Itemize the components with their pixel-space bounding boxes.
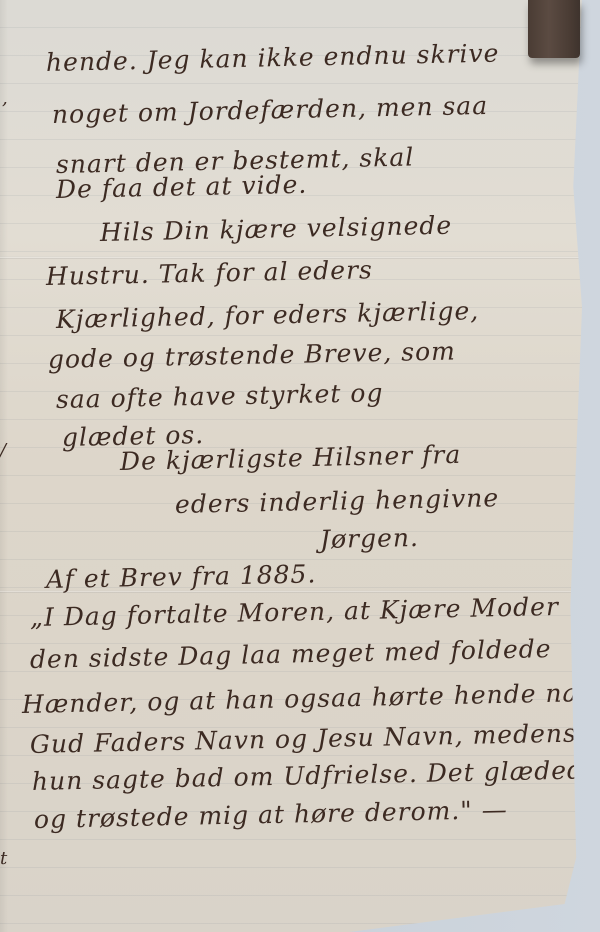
margin-ink-mark: / xyxy=(0,440,6,461)
signature: Jørgen. xyxy=(320,523,419,554)
letter-page: hende. Jeg kan ikke endnu skrive noget o… xyxy=(0,0,582,932)
letter-line: eders inderlig hengivne xyxy=(175,483,500,519)
letter-line: noget om Jordefærden, men saa xyxy=(52,91,489,129)
margin-ink-mark: , xyxy=(2,88,8,109)
letter-line: saa ofte have styrket og xyxy=(56,378,384,414)
letter-line: den sidste Dag laa meget med foldede xyxy=(30,634,552,674)
letter-line: Kjærlighed, for eders kjærlige, xyxy=(56,296,480,334)
letter-line: Gud Faders Navn og Jesu Navn, medens xyxy=(30,719,577,759)
letter-line: „I Dag fortalte Moren, at Kjære Moder xyxy=(30,592,559,632)
margin-ink-mark: t xyxy=(0,848,7,869)
letter-line: Hils Din kjære velsignede xyxy=(100,211,453,247)
letter-line: og trøstede mig at høre derom." — xyxy=(34,795,508,834)
wooden-clip xyxy=(528,0,580,58)
letter-line: hun sagte bad om Udfrielse. Det glædede xyxy=(32,755,600,796)
letter-line: Hænder, og at han ogsaa hørte hende nævn… xyxy=(22,677,600,719)
letter-line: De kjærligste Hilsner fra xyxy=(120,440,462,476)
page-edge xyxy=(0,0,8,932)
letter-line: hende. Jeg kan ikke endnu skrive xyxy=(46,39,500,77)
letter-line: Af et Brev fra 1885. xyxy=(46,559,317,594)
letter-line: De faa det at vide. xyxy=(56,170,308,204)
letter-line: gode og trøstende Breve, som xyxy=(48,336,456,374)
letter-line: Hustru. Tak for al eders xyxy=(46,255,373,291)
